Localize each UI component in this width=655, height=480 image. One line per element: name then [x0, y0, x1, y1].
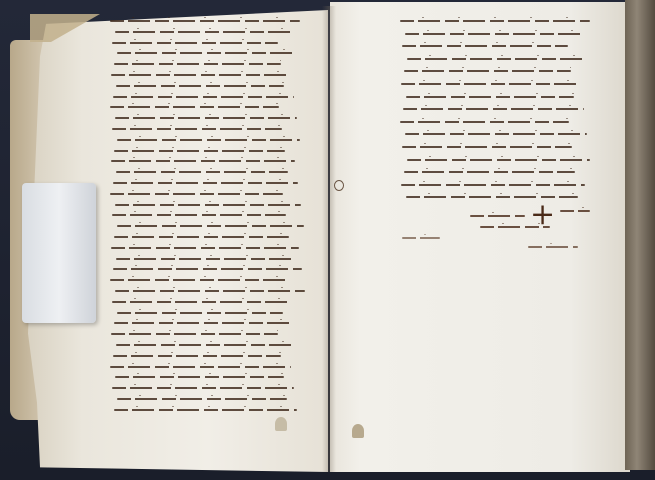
handwritten-line: [110, 366, 291, 368]
handwritten-line: [116, 85, 284, 87]
handwritten-line: [113, 355, 281, 357]
handwritten-line: [112, 301, 290, 303]
handwritten-line: [113, 96, 294, 98]
handwritten-line: [112, 387, 294, 389]
handwritten-line: [404, 171, 575, 173]
handwritten-line: [117, 225, 304, 227]
handwritten-line: [115, 204, 301, 206]
handwritten-line: [115, 117, 297, 119]
handwritten-line: [112, 42, 278, 44]
handwritten-line: [114, 409, 297, 411]
handwritten-line: [402, 146, 572, 148]
handwritten-line: [407, 159, 590, 161]
folio-tab-icon: [352, 424, 364, 438]
paper-stain: [275, 417, 287, 431]
handwritten-line: [116, 344, 296, 346]
handwritten-line: [114, 236, 289, 238]
right-page: [330, 2, 630, 472]
handwritten-line: [116, 258, 292, 260]
handwritten-line: [407, 58, 586, 60]
handwritten-line: [406, 96, 574, 98]
cloth-weight: [22, 183, 96, 323]
handwritten-line: [400, 121, 569, 123]
handwritten-line: [402, 45, 568, 47]
handwritten-line: [112, 128, 282, 130]
handwritten-line: [400, 20, 590, 22]
handwritten-line: [110, 20, 300, 22]
handwritten-line: [114, 150, 285, 152]
handwritten-line: [401, 83, 581, 85]
handwritten-line: [111, 74, 291, 76]
handwritten-line: [401, 184, 585, 186]
handwritten-line: [117, 139, 300, 141]
signature-line: [470, 215, 525, 217]
handwritten-line: [116, 171, 288, 173]
handwritten-line: [117, 398, 287, 400]
handwritten-line: [111, 333, 278, 335]
handwritten-line: [403, 108, 584, 110]
signature-scrawl: [528, 246, 578, 248]
book-gutter: [322, 6, 336, 472]
handwritten-line: [115, 290, 305, 292]
manuscript-photo: +: [0, 0, 655, 480]
handwritten-line: [114, 63, 281, 65]
handwritten-line: [115, 31, 293, 33]
handwritten-line: [113, 182, 298, 184]
handwritten-line: [117, 312, 283, 314]
handwritten-line: [110, 193, 283, 195]
signature-line: [560, 210, 590, 212]
signature-line: [480, 226, 550, 228]
margin-mark-icon: [334, 180, 344, 191]
page-stack-edge: [625, 0, 655, 470]
handwritten-line: [111, 247, 299, 249]
handwritten-line: [405, 33, 583, 35]
signature-scrawl: [402, 237, 440, 239]
handwritten-line: [110, 279, 287, 281]
